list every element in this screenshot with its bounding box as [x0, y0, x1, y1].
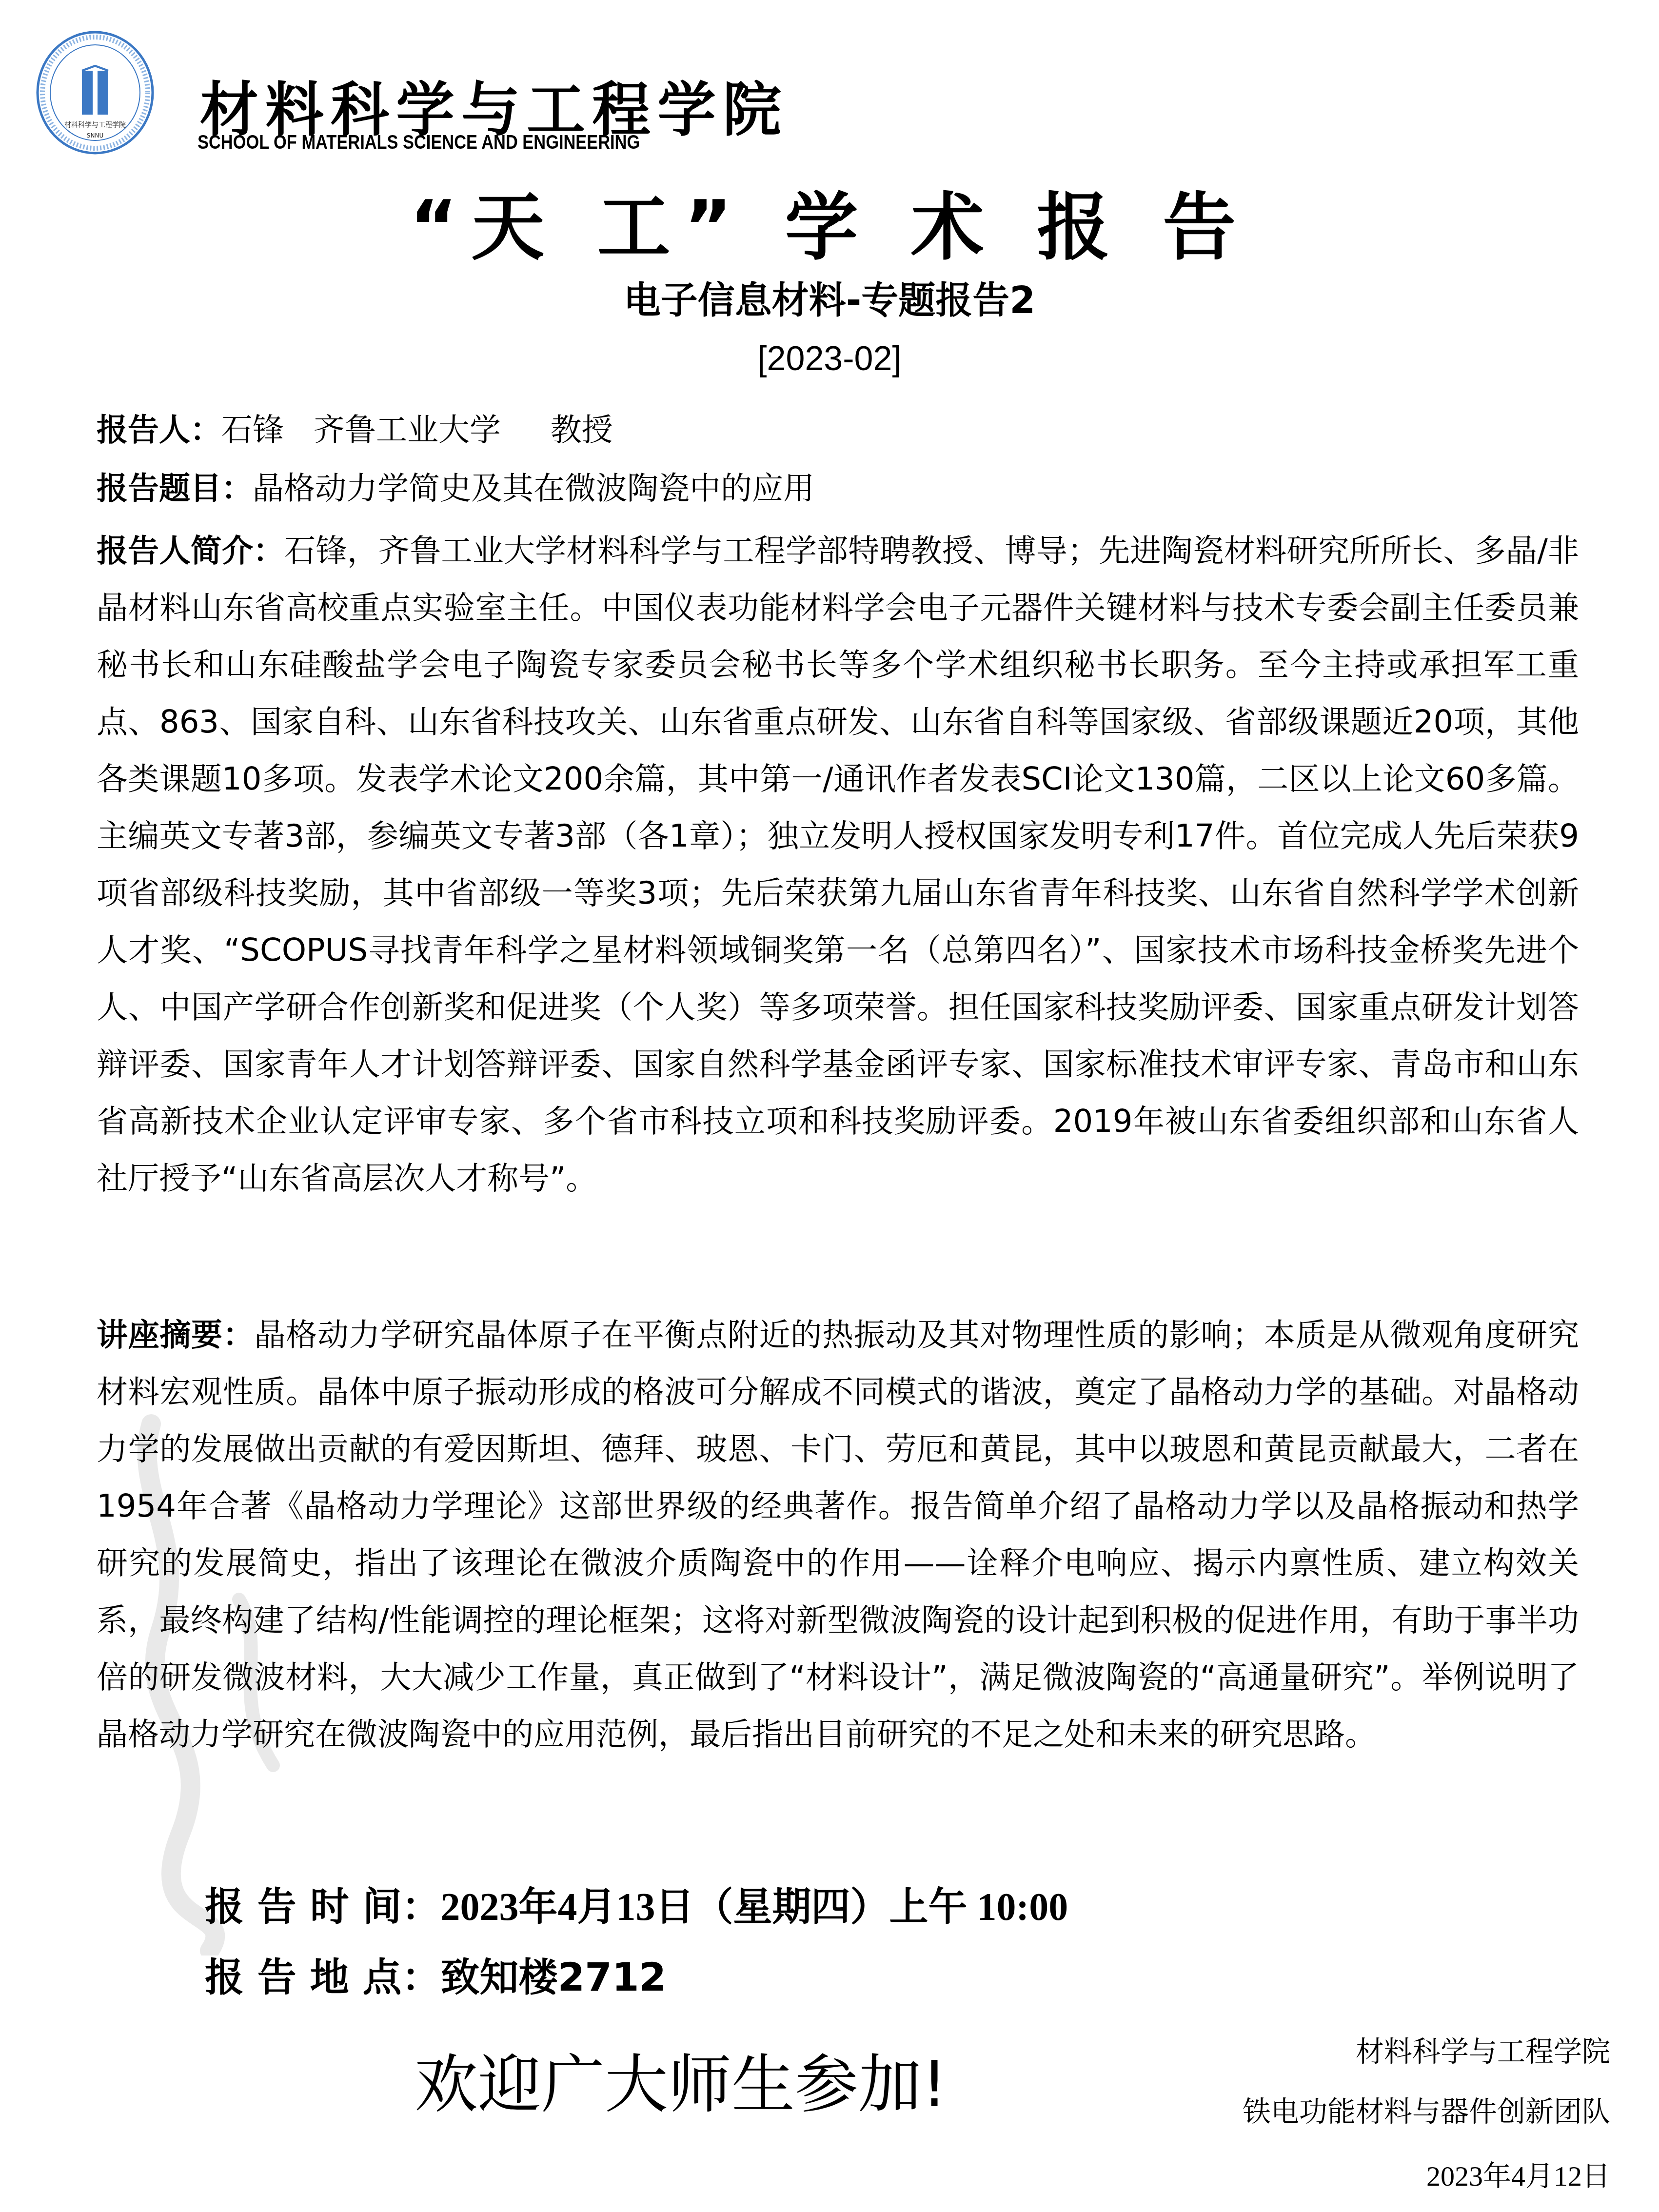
page-subtitle: 电子信息材料-专题报告2	[0, 271, 1659, 324]
topic-label: 报告题目：	[97, 471, 253, 507]
time-label: 报 告 时 间：	[205, 1884, 441, 1929]
header: 材料科学与工程学院 SNNU 材料科学与工程学院 SCHOOL OF MATER…	[29, 29, 761, 156]
welcome-message: 欢迎广大师生参加!	[415, 2034, 947, 2125]
bio-label: 报告人简介：	[97, 533, 284, 569]
svg-text:SNNU: SNNU	[87, 132, 103, 139]
speaker-value: 石锋 齐鲁工业大学 教授	[221, 412, 613, 448]
report-place: 报 告 地 点：致知楼2712	[205, 1946, 666, 2002]
bio-text: 石锋，齐鲁工业大学材料科学与工程学部特聘教授、博导；先进陶瓷材料研究所所长、多晶…	[97, 533, 1579, 1197]
place-label: 报 告 地 点：	[205, 1955, 441, 2000]
abstract-text: 晶格动力学研究晶体原子在平衡点附近的热振动及其对物理性质的影响；本质是从微观角度…	[97, 1317, 1579, 1753]
topic-line: 报告题目：晶格动力学简史及其在微波陶瓷中的应用	[97, 463, 814, 508]
organizer-team: 铁电功能材料与器件创新团队	[1243, 2089, 1610, 2130]
organizer-school: 材料科学与工程学院	[1356, 2029, 1610, 2070]
issue-date: 2023年4月12日	[1426, 2153, 1610, 2194]
page-title: “天 工” 学 术 报 告	[0, 168, 1659, 274]
place-value: 致知楼2712	[441, 1955, 667, 2000]
speaker-label: 报告人：	[97, 412, 221, 448]
speaker-bio: 报告人简介：石锋，齐鲁工业大学材料科学与工程学部特聘教授、博导；先进陶瓷材料研究…	[97, 523, 1579, 1207]
svg-text:材料科学与工程学院: 材料科学与工程学院	[64, 120, 126, 129]
abstract-label: 讲座摘要：	[97, 1317, 254, 1353]
time-value: 2023年4月13日（星期四）上午 10:00	[441, 1886, 1068, 1929]
topic-value: 晶格动力学简史及其在微波陶瓷中的应用	[253, 471, 814, 507]
school-logo-icon: 材料科学与工程学院 SNNU	[34, 29, 156, 156]
issue-number: [2023-02]	[0, 339, 1659, 378]
speaker-line: 报告人：石锋 齐鲁工业大学 教授	[97, 405, 613, 450]
lecture-abstract: 讲座摘要：晶格动力学研究晶体原子在平衡点附近的热振动及其对物理性质的影响；本质是…	[97, 1307, 1579, 1763]
school-name-en: SCHOOL OF MATERIALS SCIENCE AND ENGINEER…	[197, 132, 640, 154]
report-time: 报 告 时 间：2023年4月13日（星期四）上午 10:00	[205, 1875, 1068, 1931]
